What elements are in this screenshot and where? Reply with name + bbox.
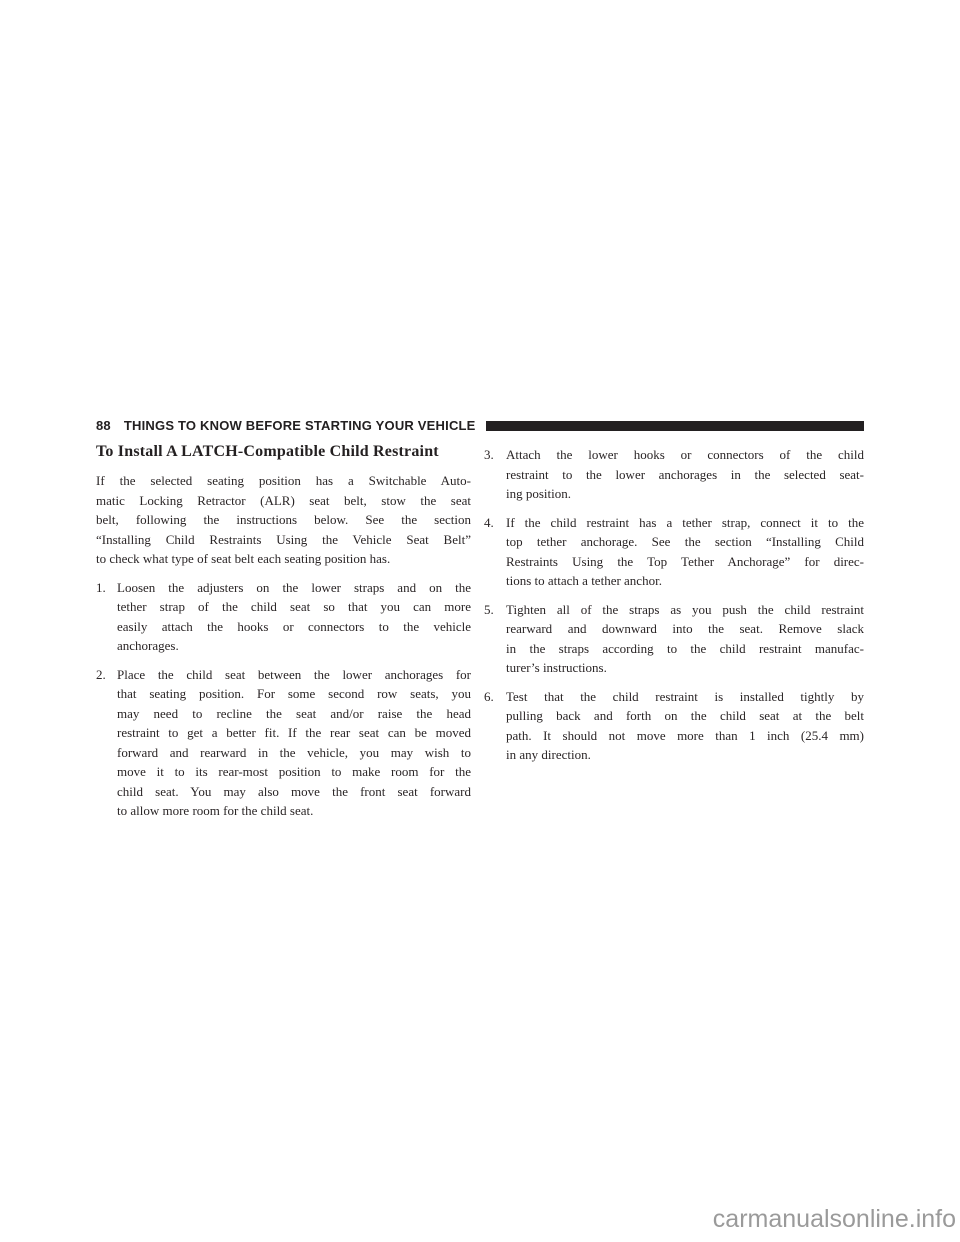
list-item-number: 6.	[484, 687, 494, 707]
list-item-text: If the child restraint has a tether stra…	[506, 513, 864, 591]
list-item-text: Attach the lower hooks or connectors of …	[506, 445, 864, 504]
manual-page: 88 THINGS TO KNOW BEFORE STARTING YOUR V…	[0, 0, 960, 1242]
intro-paragraph: If the selected seating position has a S…	[96, 471, 471, 569]
list-item-number: 2.	[96, 665, 106, 685]
list-item-text: Place the child seat between the lower a…	[117, 665, 471, 821]
list-item-number: 3.	[484, 445, 494, 465]
page-header: 88 THINGS TO KNOW BEFORE STARTING YOUR V…	[96, 418, 864, 433]
list-item-2: 2. Place the child seat between the lowe…	[96, 665, 471, 821]
watermark: carmanualsonline.info	[713, 1205, 956, 1234]
right-column: 3. Attach the lower hooks or connectors …	[484, 442, 864, 821]
list-item-number: 1.	[96, 578, 106, 598]
section-heading: To Install A LATCH-Compatible Child Rest…	[96, 442, 471, 462]
list-item-number: 5.	[484, 600, 494, 620]
left-column: To Install A LATCH-Compatible Child Rest…	[96, 442, 471, 821]
page-number: 88	[96, 418, 111, 433]
two-column-body: To Install A LATCH-Compatible Child Rest…	[96, 442, 864, 821]
list-item-3: 3. Attach the lower hooks or connectors …	[484, 445, 864, 504]
list-item-number: 4.	[484, 513, 494, 533]
header-title: THINGS TO KNOW BEFORE STARTING YOUR VEHI…	[124, 418, 476, 433]
list-item-5: 5. Tighten all of the straps as you push…	[484, 600, 864, 678]
list-item-text: Tighten all of the straps as you push th…	[506, 600, 864, 678]
list-item-1: 1. Loosen the adjusters on the lower str…	[96, 578, 471, 656]
list-item-6: 6. Test that the child restraint is inst…	[484, 687, 864, 765]
list-item-4: 4. If the child restraint has a tether s…	[484, 513, 864, 591]
list-item-text: Loosen the adjusters on the lower straps…	[117, 578, 471, 656]
header-rule-bar	[486, 421, 864, 431]
list-item-text: Test that the child restraint is install…	[506, 687, 864, 765]
